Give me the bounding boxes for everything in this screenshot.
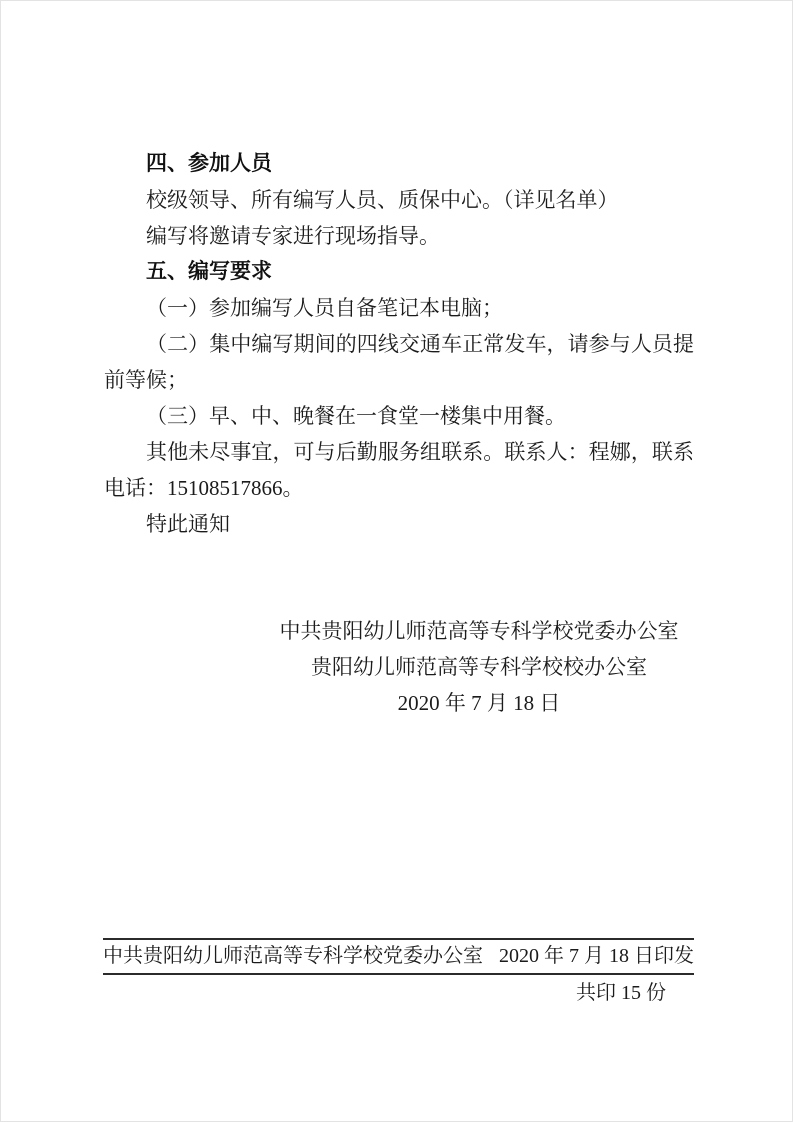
paragraph-notice-closing: 特此通知 <box>104 506 694 542</box>
footer-issuer: 中共贵阳幼儿师范高等专科学校党委办公室 <box>103 940 483 973</box>
signature-date: 2020 年 7 月 18 日 <box>264 685 694 721</box>
paragraph-item-1: （一）参加编写人员自备笔记本电脑； <box>104 290 694 326</box>
footer-imprint-bar: 中共贵阳幼儿师范高等专科学校党委办公室 2020 年 7 月 18 日印发 <box>103 938 694 975</box>
footer-copies-row: 共印 15 份 <box>103 978 694 1008</box>
document-body: 四、参加人员 校级领导、所有编写人员、质保中心。（详见名单） 编写将邀请专家进行… <box>104 146 694 542</box>
section-heading-5: 五、编写要求 <box>104 254 694 290</box>
document-page: 四、参加人员 校级领导、所有编写人员、质保中心。（详见名单） 编写将邀请专家进行… <box>0 0 793 1122</box>
footer-print-date: 2020 年 7 月 18 日印发 <box>499 940 694 973</box>
signature-block: 中共贵阳幼儿师范高等专科学校党委办公室 贵阳幼儿师范高等专科学校校办公室 202… <box>264 613 694 721</box>
paragraph-item-3: （三）早、中、晚餐在一食堂一楼集中用餐。 <box>104 398 694 434</box>
signature-org-party-office: 中共贵阳幼儿师范高等专科学校党委办公室 <box>264 613 694 649</box>
paragraph-item-2: （二）集中编写期间的四线交通车正常发车，请参与人员提前等候； <box>104 326 694 398</box>
section-heading-4: 四、参加人员 <box>104 146 694 182</box>
footer-copies-count: 共印 15 份 <box>576 982 666 1004</box>
paragraph-contact: 其他未尽事宜，可与后勤服务组联系。联系人：程娜，联系电话：15108517866… <box>104 434 694 506</box>
paragraph-experts: 编写将邀请专家进行现场指导。 <box>104 218 694 254</box>
signature-org-school-office: 贵阳幼儿师范高等专科学校校办公室 <box>264 649 694 685</box>
paragraph-participants: 校级领导、所有编写人员、质保中心。（详见名单） <box>104 182 694 218</box>
